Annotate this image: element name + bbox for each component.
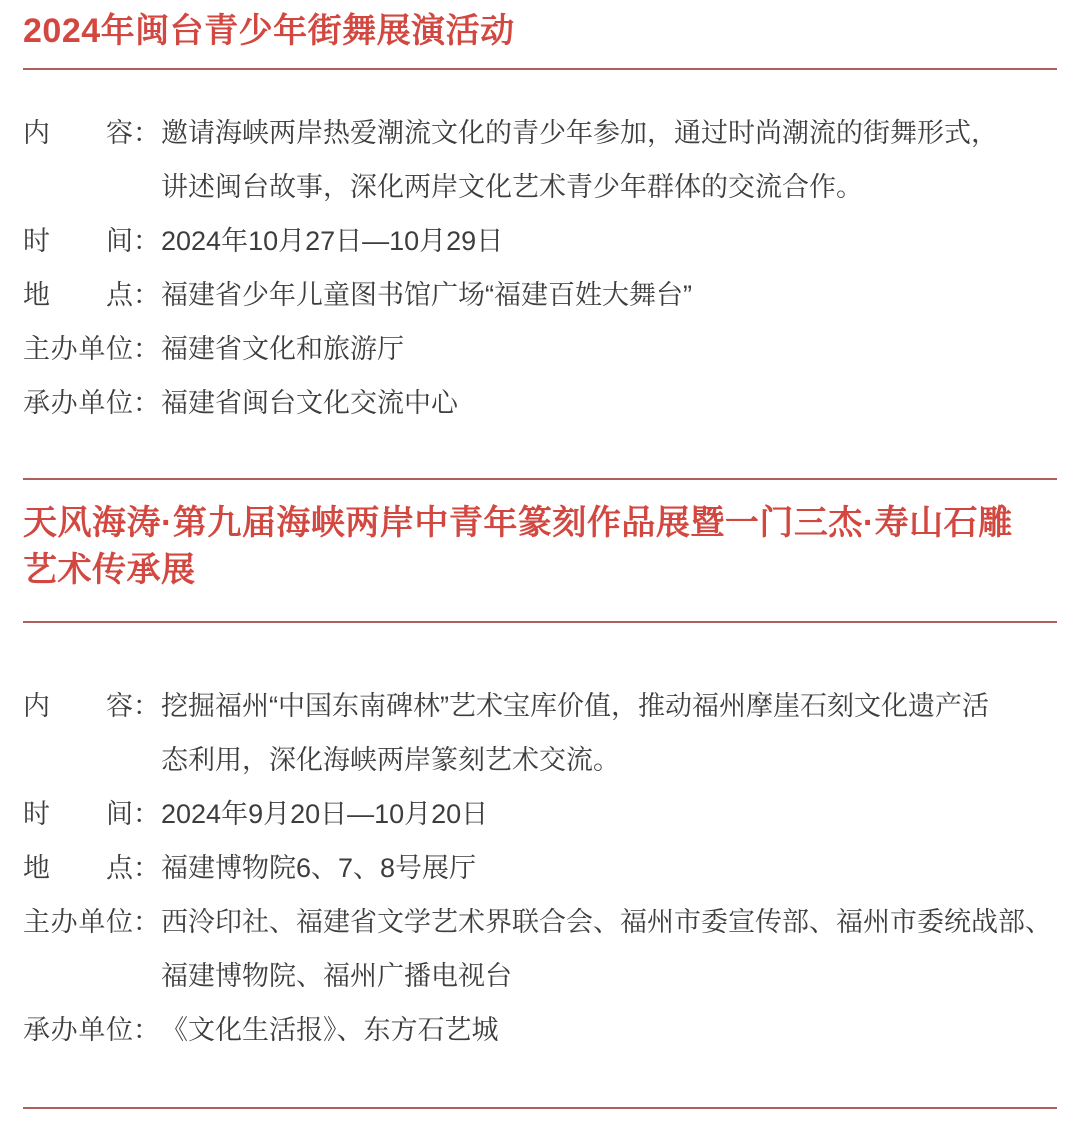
- field-colon: ：: [133, 1003, 161, 1057]
- field-label: 时间: [23, 214, 133, 268]
- field-colon: ：: [133, 376, 161, 430]
- field-value: 福建省闽台文化交流中心: [161, 376, 1057, 430]
- field-row-location: 地点 ： 福建省少年儿童图书馆广场“福建百姓大舞台”: [23, 268, 1057, 322]
- field-colon: ：: [133, 322, 161, 376]
- field-label: 主办单位: [23, 895, 133, 949]
- field-row-content: 内容 ： 邀请海峡两岸热爱潮流文化的青少年参加，通过时尚潮流的街舞形式， 讲述闽…: [23, 106, 1057, 214]
- field-value: 福建省文化和旅游厅: [161, 322, 1057, 376]
- event-title: 天风海涛·第九届海峡两岸中青年篆刻作品展暨一门三杰·寿山石雕 艺术传承展: [23, 500, 1057, 594]
- field-label: 内容: [23, 679, 133, 733]
- field-label: 时间: [23, 787, 133, 841]
- section-divider-line: [23, 478, 1057, 480]
- field-label: 地点: [23, 268, 133, 322]
- field-colon: ：: [133, 268, 161, 322]
- field-value: 西泠印社、福建省文学艺术界联合会、福州市委宣传部、福州市委统战部、 福建博物院、…: [161, 895, 1057, 1003]
- field-label: 地点: [23, 841, 133, 895]
- event-bulletin-page: 2024年闽台青少年街舞展演活动 内容 ： 邀请海峡两岸热爱潮流文化的青少年参加…: [0, 0, 1080, 1122]
- field-colon: ：: [133, 214, 161, 268]
- field-label: 承办单位: [23, 1003, 133, 1057]
- field-row-content: 内容 ： 挖掘福州“中国东南碑林”艺术宝库价值，推动福州摩崖石刻文化遗产活 态利…: [23, 679, 1057, 787]
- field-colon: ：: [133, 841, 161, 895]
- event-title: 2024年闽台青少年街舞展演活动: [23, 8, 1057, 55]
- event-details: 内容 ： 挖掘福州“中国东南碑林”艺术宝库价值，推动福州摩崖石刻文化遗产活 态利…: [23, 623, 1057, 1057]
- bottom-divider-line: [23, 1107, 1057, 1109]
- field-row-undertaker: 承办单位 ： 《文化生活报》、东方石艺城: [23, 1003, 1057, 1057]
- field-value: 邀请海峡两岸热爱潮流文化的青少年参加，通过时尚潮流的街舞形式， 讲述闽台故事，深…: [161, 106, 1057, 214]
- field-colon: ：: [133, 787, 161, 841]
- field-row-time: 时间 ： 2024年10月27日—10月29日: [23, 214, 1057, 268]
- event-section-streetdance: 2024年闽台青少年街舞展演活动 内容 ： 邀请海峡两岸热爱潮流文化的青少年参加…: [23, 8, 1057, 430]
- event-section-seal-carving-exhibition: 天风海涛·第九届海峡两岸中青年篆刻作品展暨一门三杰·寿山石雕 艺术传承展 内容 …: [23, 500, 1057, 1057]
- field-value: 福建博物院6、7、8号展厅: [161, 841, 1057, 895]
- field-value: 《文化生活报》、东方石艺城: [161, 1003, 1057, 1057]
- field-colon: ：: [133, 106, 161, 160]
- field-value: 福建省少年儿童图书馆广场“福建百姓大舞台”: [161, 268, 1057, 322]
- field-row-undertaker: 承办单位 ： 福建省闽台文化交流中心: [23, 376, 1057, 430]
- field-value: 2024年10月27日—10月29日: [161, 214, 1057, 268]
- field-value: 挖掘福州“中国东南碑林”艺术宝库价值，推动福州摩崖石刻文化遗产活 态利用，深化海…: [161, 679, 1057, 787]
- field-row-time: 时间 ： 2024年9月20日—10月20日: [23, 787, 1057, 841]
- field-row-organizer: 主办单位 ： 西泠印社、福建省文学艺术界联合会、福州市委宣传部、福州市委统战部、…: [23, 895, 1057, 1003]
- field-row-location: 地点 ： 福建博物院6、7、8号展厅: [23, 841, 1057, 895]
- field-colon: ：: [133, 895, 161, 949]
- field-colon: ：: [133, 679, 161, 733]
- field-value: 2024年9月20日—10月20日: [161, 787, 1057, 841]
- field-label: 主办单位: [23, 322, 133, 376]
- field-label: 承办单位: [23, 376, 133, 430]
- field-row-organizer: 主办单位 ： 福建省文化和旅游厅: [23, 322, 1057, 376]
- field-label: 内容: [23, 106, 133, 160]
- event-details: 内容 ： 邀请海峡两岸热爱潮流文化的青少年参加，通过时尚潮流的街舞形式， 讲述闽…: [23, 70, 1057, 430]
